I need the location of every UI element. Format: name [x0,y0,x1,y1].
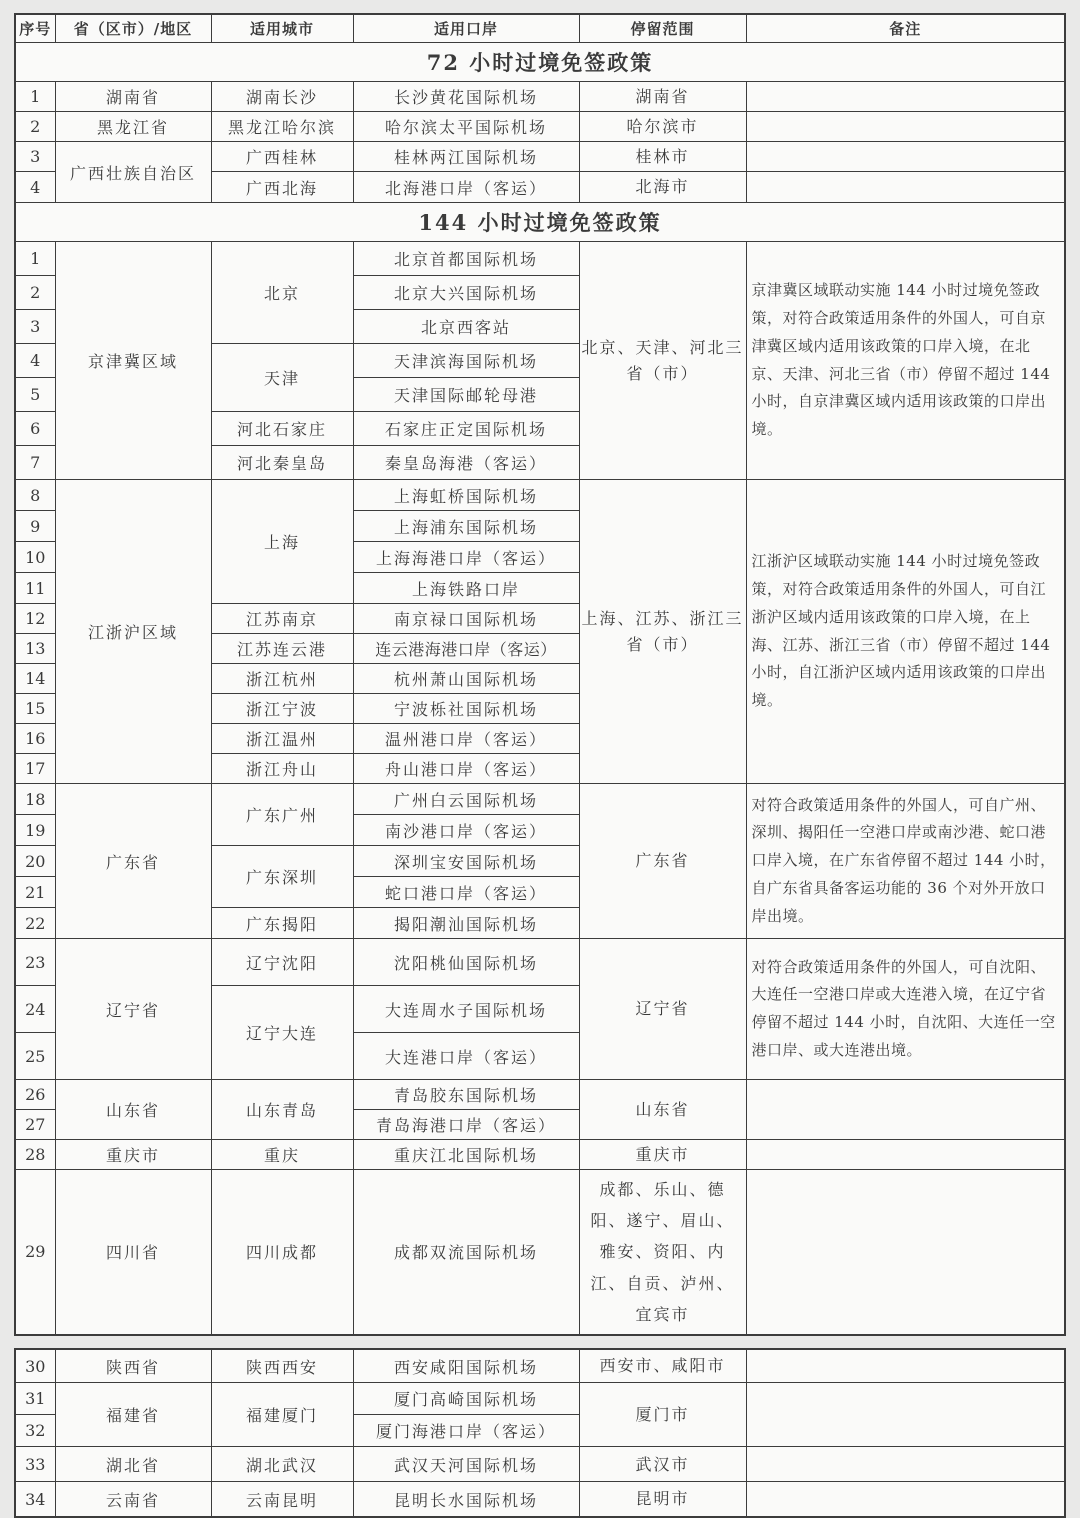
port-cell: 大连周水子国际机场 [353,986,579,1033]
seq-cell: 27 [15,1110,55,1140]
port-cell: 上海虹桥国际机场 [353,480,579,511]
remark-cell: 对符合政策适用条件的外国人，可自广州、深圳、揭阳任一空港口岸或南沙港、蛇口港口岸… [746,784,1065,939]
port-cell: 广州白云国际机场 [353,784,579,815]
stay-cell: 西安市、咸阳市 [579,1349,746,1383]
table-row: 28 重庆市 重庆 重庆江北国际机场 重庆市 [15,1140,1065,1170]
port-cell: 桂林两江国际机场 [353,142,579,172]
table-row: 23 辽宁省 辽宁沈阳 沈阳桃仙国际机场 辽宁省 对符合政策适用条件的外国人，可… [15,939,1065,986]
table-row: 18 广东省 广东广州 广州白云国际机场 广东省 对符合政策适用条件的外国人，可… [15,784,1065,815]
seq-cell: 4 [15,172,55,203]
table-row: 2 黑龙江省 黑龙江哈尔滨 哈尔滨太平国际机场 哈尔滨市 [15,112,1065,142]
port-cell: 重庆江北国际机场 [353,1140,579,1170]
port-cell: 宁波栎社国际机场 [353,694,579,724]
city-cell: 湖北武汉 [211,1447,353,1482]
port-cell: 哈尔滨太平国际机场 [353,112,579,142]
port-cell: 揭阳潮汕国际机场 [353,908,579,939]
port-cell: 北海港口岸（客运） [353,172,579,203]
port-cell: 舟山港口岸（客运） [353,754,579,784]
table-row: 8 江浙沪区域 上海 上海虹桥国际机场 上海、江苏、浙江三省（市） 江浙沪区域联… [15,480,1065,511]
table-row: 1 京津冀区域 北京 北京首都国际机场 北京、天津、河北三省（市） 京津冀区域联… [15,242,1065,276]
table-row: 1 湖南省 湖南长沙 长沙黄花国际机场 湖南省 [15,82,1065,112]
city-cell: 云南昆明 [211,1482,353,1517]
city-cell: 山东青岛 [211,1080,353,1140]
region-cell: 广西壮族自治区 [55,142,211,203]
table-row: 29 四川省 四川成都 成都双流国际机场 成都、乐山、德阳、遂宁、眉山、雅安、资… [15,1170,1065,1335]
seq-cell: 23 [15,939,55,986]
seq-cell: 5 [15,378,55,412]
transit-visa-policy-page: 序号 省（区市）/地区 适用城市 适用口岸 停留范围 备注 72 小时过境免签政… [0,0,1080,1518]
port-cell: 北京首都国际机场 [353,242,579,276]
remark-cell [746,1447,1065,1482]
port-cell: 沈阳桃仙国际机场 [353,939,579,986]
port-cell: 厦门海港口岸（客运） [353,1415,579,1447]
stay-cell: 桂林市 [579,142,746,172]
seq-cell: 19 [15,815,55,846]
stay-cell: 上海、江苏、浙江三省（市） [579,480,746,784]
table-row: 26 山东省 山东青岛 青岛胶东国际机场 山东省 [15,1080,1065,1110]
seq-cell: 30 [15,1349,55,1383]
port-cell: 上海浦东国际机场 [353,511,579,542]
transit-visa-table-continued: 30 陕西省 陕西西安 西安咸阳国际机场 西安市、咸阳市 31 福建省 福建厦门… [14,1348,1066,1518]
seq-cell: 18 [15,784,55,815]
city-cell: 广东广州 [211,784,353,846]
port-cell: 昆明长水国际机场 [353,1482,579,1517]
transit-visa-table-main: 序号 省（区市）/地区 适用城市 适用口岸 停留范围 备注 72 小时过境免签政… [14,13,1066,1336]
city-cell: 河北秦皇岛 [211,446,353,480]
region-cell: 湖北省 [55,1447,211,1482]
city-cell: 浙江舟山 [211,754,353,784]
section-title-72h: 72 小时过境免签政策 [15,43,1065,82]
col-header-remark: 备注 [746,14,1065,43]
col-header-city: 适用城市 [211,14,353,43]
region-cell: 黑龙江省 [55,112,211,142]
seq-cell: 9 [15,511,55,542]
port-cell: 深圳宝安国际机场 [353,846,579,877]
table-row: 34 云南省 云南昆明 昆明长水国际机场 昆明市 [15,1482,1065,1517]
remark-cell [746,1383,1065,1447]
seq-cell: 32 [15,1415,55,1447]
seq-cell: 15 [15,694,55,724]
stay-cell: 昆明市 [579,1482,746,1517]
seq-cell: 6 [15,412,55,446]
port-cell: 南沙港口岸（客运） [353,815,579,846]
port-cell: 成都双流国际机场 [353,1170,579,1335]
stay-cell: 哈尔滨市 [579,112,746,142]
table-header-row: 序号 省（区市）/地区 适用城市 适用口岸 停留范围 备注 [15,14,1065,43]
port-cell: 杭州萧山国际机场 [353,664,579,694]
table-row: 31 福建省 福建厦门 厦门高崎国际机场 厦门市 [15,1383,1065,1415]
city-cell: 重庆 [211,1140,353,1170]
seq-cell: 21 [15,877,55,908]
city-cell: 陕西西安 [211,1349,353,1383]
stay-cell: 武汉市 [579,1447,746,1482]
region-cell: 山东省 [55,1080,211,1140]
seq-cell: 29 [15,1170,55,1335]
seq-cell: 17 [15,754,55,784]
city-cell: 广东揭阳 [211,908,353,939]
port-cell: 石家庄正定国际机场 [353,412,579,446]
seq-cell: 22 [15,908,55,939]
seq-cell: 10 [15,542,55,573]
seq-cell: 3 [15,310,55,344]
stay-cell: 湖南省 [579,82,746,112]
port-cell: 大连港口岸（客运） [353,1033,579,1080]
remark-cell [746,1080,1065,1140]
region-cell: 福建省 [55,1383,211,1447]
region-cell: 四川省 [55,1170,211,1335]
col-header-no: 序号 [15,14,55,43]
seq-cell: 8 [15,480,55,511]
stay-cell: 厦门市 [579,1383,746,1447]
city-cell: 辽宁大连 [211,986,353,1080]
seq-cell: 31 [15,1383,55,1415]
seq-cell: 3 [15,142,55,172]
seq-cell: 7 [15,446,55,480]
table-row: 30 陕西省 陕西西安 西安咸阳国际机场 西安市、咸阳市 [15,1349,1065,1383]
table-row: 3 广西壮族自治区 广西桂林 桂林两江国际机场 桂林市 [15,142,1065,172]
seq-cell: 16 [15,724,55,754]
port-cell: 天津滨海国际机场 [353,344,579,378]
city-cell: 辽宁沈阳 [211,939,353,986]
stay-cell: 北京、天津、河北三省（市） [579,242,746,480]
seq-cell: 24 [15,986,55,1033]
region-cell: 京津冀区域 [55,242,211,480]
city-cell: 广西北海 [211,172,353,203]
region-cell: 云南省 [55,1482,211,1517]
region-cell: 广东省 [55,784,211,939]
seq-cell: 26 [15,1080,55,1110]
seq-cell: 33 [15,1447,55,1482]
seq-cell: 12 [15,604,55,634]
seq-cell: 20 [15,846,55,877]
city-cell: 浙江杭州 [211,664,353,694]
city-cell: 浙江宁波 [211,694,353,724]
city-cell: 浙江温州 [211,724,353,754]
table-row: 33 湖北省 湖北武汉 武汉天河国际机场 武汉市 [15,1447,1065,1482]
port-cell: 北京西客站 [353,310,579,344]
seq-cell: 13 [15,634,55,664]
col-header-stay: 停留范围 [579,14,746,43]
section-title-144h: 144 小时过境免签政策 [15,203,1065,242]
stay-cell: 山东省 [579,1080,746,1140]
stay-cell: 广东省 [579,784,746,939]
remark-cell [746,1140,1065,1170]
seq-cell: 4 [15,344,55,378]
remark-cell [746,172,1065,203]
region-cell: 湖南省 [55,82,211,112]
port-cell: 长沙黄花国际机场 [353,82,579,112]
seq-cell: 28 [15,1140,55,1170]
remark-cell: 京津冀区域联动实施 144 小时过境免签政策，对符合政策适用条件的外国人，可自京… [746,242,1065,480]
seq-cell: 1 [15,242,55,276]
port-cell: 南京禄口国际机场 [353,604,579,634]
section-row-72h: 72 小时过境免签政策 [15,43,1065,82]
seq-cell: 1 [15,82,55,112]
col-header-port: 适用口岸 [353,14,579,43]
seq-cell: 25 [15,1033,55,1080]
section-row-144h: 144 小时过境免签政策 [15,203,1065,242]
seq-cell: 11 [15,573,55,604]
port-cell: 西安咸阳国际机场 [353,1349,579,1383]
remark-cell [746,112,1065,142]
city-cell: 天津 [211,344,353,412]
city-cell: 四川成都 [211,1170,353,1335]
seq-cell: 34 [15,1482,55,1517]
city-cell: 上海 [211,480,353,604]
col-header-region: 省（区市）/地区 [55,14,211,43]
region-cell: 陕西省 [55,1349,211,1383]
remark-cell [746,1482,1065,1517]
city-cell: 江苏连云港 [211,634,353,664]
seq-cell: 2 [15,112,55,142]
port-cell: 连云港海港口岸（客运） [353,634,579,664]
region-cell: 重庆市 [55,1140,211,1170]
port-cell: 温州港口岸（客运） [353,724,579,754]
port-cell: 青岛胶东国际机场 [353,1080,579,1110]
city-cell: 北京 [211,242,353,344]
seq-cell: 2 [15,276,55,310]
remark-cell [746,1349,1065,1383]
city-cell: 河北石家庄 [211,412,353,446]
remark-cell: 对符合政策适用条件的外国人，可自沈阳、大连任一空港口岸或大连港入境，在辽宁省停留… [746,939,1065,1080]
stay-cell: 辽宁省 [579,939,746,1080]
remark-cell [746,82,1065,112]
port-cell: 天津国际邮轮母港 [353,378,579,412]
table-split-gap [14,1336,1080,1348]
city-cell: 广东深圳 [211,846,353,908]
city-cell: 广西桂林 [211,142,353,172]
seq-cell: 14 [15,664,55,694]
port-cell: 上海铁路口岸 [353,573,579,604]
remark-cell [746,1170,1065,1335]
port-cell: 青岛海港口岸（客运） [353,1110,579,1140]
port-cell: 厦门高崎国际机场 [353,1383,579,1415]
port-cell: 上海海港口岸（客运） [353,542,579,573]
stay-cell: 北海市 [579,172,746,203]
region-cell: 江浙沪区域 [55,480,211,784]
city-cell: 福建厦门 [211,1383,353,1447]
port-cell: 武汉天河国际机场 [353,1447,579,1482]
port-cell: 蛇口港口岸（客运） [353,877,579,908]
region-cell: 辽宁省 [55,939,211,1080]
stay-cell: 重庆市 [579,1140,746,1170]
port-cell: 北京大兴国际机场 [353,276,579,310]
stay-cell: 成都、乐山、德阳、遂宁、眉山、雅安、资阳、内江、自贡、泸州、宜宾市 [579,1170,746,1335]
city-cell: 黑龙江哈尔滨 [211,112,353,142]
remark-cell [746,142,1065,172]
city-cell: 江苏南京 [211,604,353,634]
port-cell: 秦皇岛海港（客运） [353,446,579,480]
remark-cell: 江浙沪区域联动实施 144 小时过境免签政策，对符合政策适用条件的外国人，可自江… [746,480,1065,784]
city-cell: 湖南长沙 [211,82,353,112]
